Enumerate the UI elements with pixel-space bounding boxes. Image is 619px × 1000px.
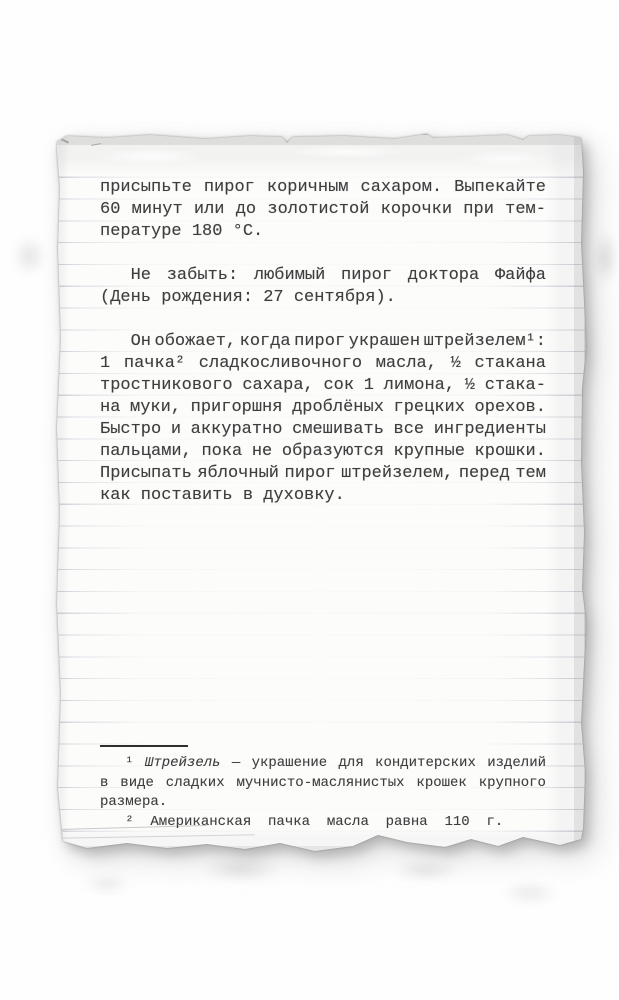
word: Присыпать	[100, 463, 192, 485]
word: смешивать	[292, 419, 384, 441]
text-line: как поставить в духовку.	[100, 485, 546, 507]
word: мучнисто-маслянистых	[237, 774, 405, 794]
word: или	[194, 199, 225, 221]
word: пригоршня	[191, 397, 283, 419]
word: присыпьте	[100, 177, 192, 199]
text-line: размера.	[100, 793, 546, 813]
word: обожает,	[155, 331, 237, 353]
text-line: Онобожает,когдапирогукрашенштрейзелем¹:	[100, 331, 546, 353]
word: крошки.	[475, 441, 546, 463]
word: сладких	[166, 774, 225, 794]
word: кондитерских	[375, 754, 476, 774]
word: лимона,	[384, 375, 455, 397]
word: на	[100, 397, 120, 419]
word: сок	[323, 375, 354, 397]
word: тем	[515, 463, 546, 485]
word: аккуратно	[191, 419, 283, 441]
main-text: присыпьтепирогкоричнымсахаром.Выпекайте6…	[100, 177, 546, 507]
background-smudge	[12, 235, 46, 277]
word: перед	[459, 463, 510, 485]
word: пирог	[341, 265, 392, 287]
text-line: тростниковогосахара,сок1лимона,½стака-	[100, 375, 546, 397]
word: сладкосливочного	[199, 353, 362, 375]
word: для	[339, 754, 364, 774]
paper-left-edge	[55, 133, 69, 855]
word: корочки	[381, 199, 452, 221]
background-smudge	[390, 858, 460, 882]
word: 60	[100, 199, 120, 221]
word: украшение	[252, 754, 328, 774]
word: крупные	[394, 441, 465, 463]
scan-background: присыпьтепирогкоричнымсахаром.Выпекайте6…	[0, 0, 619, 1000]
paper-crease	[55, 834, 255, 838]
fold-mark	[91, 143, 101, 146]
text-line: пературе 180 °C.	[100, 221, 546, 243]
word: забыть:	[167, 265, 238, 287]
text-line: 60минутилидозолотистойкорочкипритем-	[100, 199, 546, 221]
word: образуются	[282, 441, 384, 463]
text-line: Незабыть:любимыйпирогдоктораФайфа	[100, 265, 546, 287]
word: ½	[451, 353, 461, 375]
word: тростникового	[100, 375, 233, 397]
footnote-separator	[100, 745, 188, 747]
word: сахара,	[242, 375, 313, 397]
word: коричным	[267, 177, 349, 199]
text-line: ² Американская пачка масла равна 110 г.	[100, 813, 546, 833]
word: Быстро	[100, 419, 161, 441]
footnote-lines: ¹Штрейзель—украшениедлякондитерскихиздел…	[100, 754, 546, 832]
word: все	[394, 419, 425, 441]
fold-mark	[61, 138, 69, 143]
word: пирог	[285, 463, 336, 485]
footnote-block: ¹Штрейзель—украшениедлякондитерскихиздел…	[100, 743, 546, 832]
text-line: Быстроиаккуратносмешиватьвсеингредиенты	[100, 419, 546, 441]
word: и	[171, 419, 181, 441]
word: сахаром.	[361, 177, 443, 199]
text-line: присыпьтепирогкоричнымсахаром.Выпекайте	[100, 177, 546, 199]
word: Он	[131, 331, 151, 353]
background-smudge	[200, 856, 280, 882]
word: ½	[465, 375, 475, 397]
word: минут	[132, 199, 183, 221]
word: 1	[364, 375, 374, 397]
word: в	[100, 774, 108, 794]
word: Файфа	[495, 265, 546, 287]
word: стакана	[475, 353, 546, 375]
word: пирог	[294, 331, 345, 353]
word: орехов.	[475, 397, 546, 419]
word: любимый	[254, 265, 325, 287]
text-line: Присыпатьяблочныйпирогштрейзелем,передте…	[100, 463, 546, 485]
word: Выпекайте	[454, 177, 546, 199]
word: штрейзелем,	[341, 463, 453, 485]
word: виде	[120, 774, 154, 794]
text-line: 1пачка²сладкосливочногомасла,½стакана	[100, 353, 546, 375]
text-line: ввидесладкихмучнисто-маслянистыхкрошеккр…	[100, 774, 546, 794]
word: яблочный	[197, 463, 279, 485]
paper-surface: присыпьтепирогкоричнымсахаром.Выпекайте6…	[55, 133, 586, 855]
word: пальцами,	[100, 441, 192, 463]
paper-sheet: присыпьтепирогкоричнымсахаром.Выпекайте6…	[55, 133, 586, 855]
word: ¹	[125, 754, 133, 774]
text-line: намуки,пригоршнядроблёныхгрецкихорехов.	[100, 397, 546, 419]
word: дроблёных	[292, 397, 384, 419]
background-smudge	[84, 874, 130, 894]
word: ингредиенты	[434, 419, 546, 441]
paper-right-edge	[546, 133, 586, 855]
paragraph: присыпьтепирогкоричнымсахаром.Выпекайте6…	[100, 177, 546, 243]
word: тем-	[505, 199, 546, 221]
word: не	[252, 441, 272, 463]
word: пока	[201, 441, 242, 463]
word: доктора	[408, 265, 479, 287]
word: масла,	[376, 353, 437, 375]
paragraph: Онобожает,когдапирогукрашенштрейзелем¹:1…	[100, 331, 546, 507]
word: изделий	[487, 754, 546, 774]
word: крошек	[416, 774, 466, 794]
word: при	[463, 199, 494, 221]
word: муки,	[130, 397, 181, 419]
background-smudge	[592, 230, 618, 286]
word: крупного	[479, 774, 546, 794]
word: украшен	[349, 331, 420, 353]
word: когда	[240, 331, 291, 353]
word: до	[236, 199, 256, 221]
torn-top-edge	[55, 133, 586, 175]
word: Штрейзель	[145, 754, 221, 774]
torn-bottom-edge	[55, 829, 586, 855]
word: золотистой	[267, 199, 369, 221]
text-line: пальцами,поканеобразуютсякрупныекрошки.	[100, 441, 546, 463]
text-line: (День рождения: 27 сентября).	[100, 287, 546, 309]
word: грецких	[394, 397, 465, 419]
word: штрейзелем¹:	[424, 331, 546, 353]
word: 1	[100, 353, 110, 375]
word: пачка²	[124, 353, 185, 375]
paragraph: Незабыть:любимыйпирогдоктораФайфа(День р…	[100, 265, 546, 309]
word: стака-	[485, 375, 546, 397]
word: пирог	[204, 177, 255, 199]
text-line: ¹Штрейзель—украшениедлякондитерскихиздел…	[100, 754, 546, 774]
background-smudge	[500, 880, 560, 906]
word: —	[232, 754, 240, 774]
word: Не	[131, 265, 151, 287]
